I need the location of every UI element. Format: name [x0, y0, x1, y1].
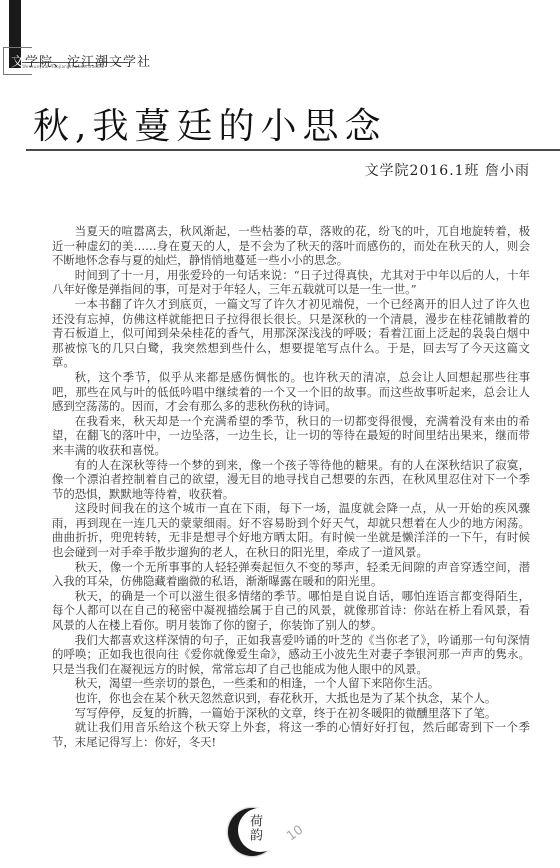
paragraph: 秋天，的确是一个可以滋生很多情绪的季节。哪怕是自说自话，哪怕连语言都变得陌生，每… [52, 589, 530, 633]
paragraph: 一本书翻了许久才到底页，一篇文写了许久才初见端倪，一个已经离开的旧人过了许久也还… [52, 297, 530, 370]
paragraph: 秋天，渴望一些亲切的景色，一些柔和的相逢，一个人留下来陪你生活。 [52, 676, 530, 691]
paragraph: 也许，你也会在某个秋天忽然意识到，春花秋开，大抵也是为了某个执念，某个人。 [52, 691, 530, 706]
paragraph: 就让我们用音乐给这个秋天穿上外套，将这一季的心情好好打包，然后邮寄到下一个季节，… [52, 720, 530, 749]
section-header-rest: 学院、沱江潮文学社 [25, 55, 151, 70]
article-title: 秋,我蔓廷的小思念 [33, 98, 386, 149]
article-body: 当夏天的喧嚣离去，秋风渐起，一些枯萎的草，落败的花，纷飞的叶，兀自地旋转着，极近… [52, 224, 530, 749]
paragraph: 秋，这个季节，似乎从来都是感伤惆怅的。也许秋天的清凉，总会让人回想起那些往事吧，… [52, 370, 530, 414]
paragraph: 秋天，像一个无所事事的人轻轻弹奏起恒久不变的琴声，轻柔无间隙的声音穿透空间，潜入… [52, 560, 530, 589]
title-rule [26, 149, 560, 151]
paragraph: 写写停停，反复的折腾，一篇始于深秋的文章，终于在初冬暖阳的微醺里落下了笔。 [52, 706, 530, 721]
paragraph: 有的人在深秋等待一个梦的到来，像一个孩子等待他的糖果。有的人在深秋结识了寂寞，像… [52, 458, 530, 502]
paragraph: 这段时间我在的这个城市一直在下雨，每下一场，温度就会降一点，从一开始的疾风骤雨，… [52, 501, 530, 559]
paragraph: 我们大都喜欢这样深情的句子，正如我喜爱吟诵的叶芝的《当你老了》，吟诵那一句句深情… [52, 633, 530, 677]
section-header: 文学院、沱江潮文学社 [11, 51, 151, 70]
logo-text: 荷韵 [246, 814, 262, 842]
paragraph: 当夏天的喧嚣离去，秋风渐起，一些枯萎的草，落败的花，纷飞的叶，兀自地旋转着，极近… [52, 224, 530, 268]
footer-logo: 荷韵 [228, 808, 288, 868]
byline: 文学院2016.1班 詹小雨 [365, 160, 530, 180]
paragraph: 在我看来，秋天却是一个充满希望的季节，秋日的一切都变得很慢，充满着没有来由的希望… [52, 414, 530, 458]
section-header-first-char: 文 [11, 55, 25, 70]
paragraph: 时间到了十一月，用张爱玲的一句话来说：“日子过得真快，尤其对于中年以后的人，十年… [52, 268, 530, 297]
